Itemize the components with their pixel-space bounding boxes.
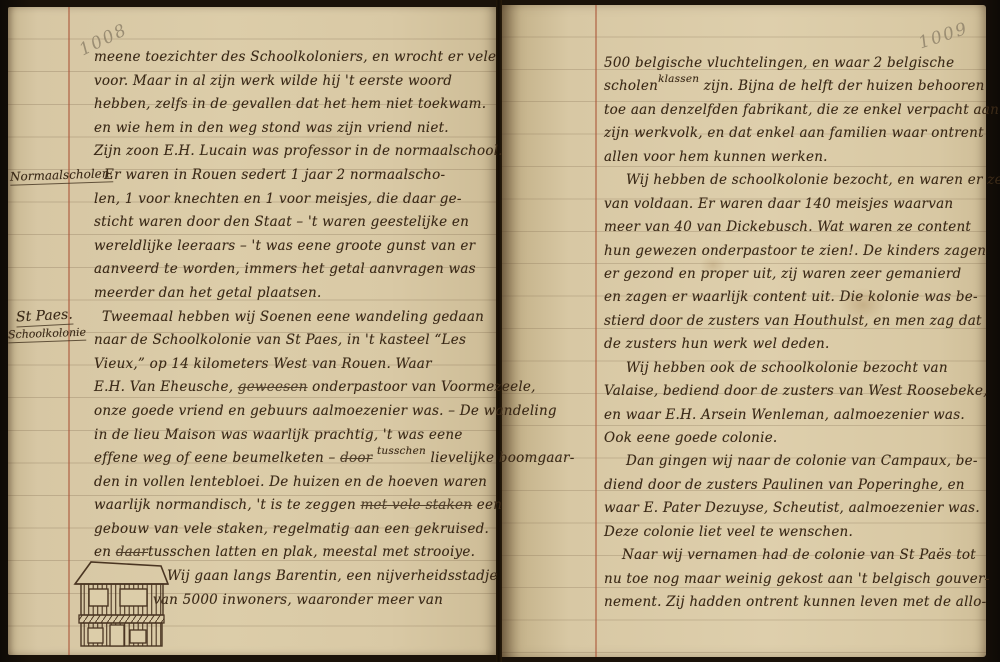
manuscript-line: Wij hebben ook de schoolkolonie bezocht … <box>604 357 982 380</box>
manuscript-line: wereldlijke leeraars – 't was eene groot… <box>94 235 486 259</box>
handwritten-text: meer van 40 van Dickebusch. Wat waren ze… <box>604 219 971 235</box>
handwritten-text: naar de Schoolkolonie van St Paes, in 't… <box>94 332 466 348</box>
margin-note-schoolkolonie: Schoolkolonie <box>8 326 86 342</box>
handwritten-text: de zusters hun werk wel deden. <box>604 336 830 352</box>
handwritten-text: allen voor hem kunnen werken. <box>604 149 828 165</box>
inserted-text: klassen <box>658 73 699 85</box>
manuscript-line: en wie hem in den weg stond was zijn vri… <box>94 117 486 141</box>
handwritten-text: Ook eene goede colonie. <box>604 430 777 446</box>
manuscript-line: scholenklassen zijn. Bijna de helft der … <box>604 75 982 98</box>
manuscript-line: den in vollen lentebloei. De huizen en d… <box>94 471 486 495</box>
book-gutter <box>496 0 502 662</box>
manuscript-line: Zijn zoon E.H. Lucain was professor in d… <box>94 140 486 164</box>
manuscript-line: nu toe nog maar weinig gekost aan 't bel… <box>604 568 982 591</box>
manuscript-line: er gezond en proper uit, zij waren zeer … <box>604 263 982 286</box>
handwritten-text: een <box>472 497 502 513</box>
handwritten-text: meene toezichter des Schoolkoloniers, en… <box>94 49 496 65</box>
manuscript-line: voor. Maar in al zijn werk wilde hij 't … <box>94 70 486 94</box>
manuscript-line: in de lieu Maison was waarlijk prachtig,… <box>94 424 486 448</box>
handwritten-text: hebben, zelfs in de gevallen dat het hem… <box>94 96 486 112</box>
handwritten-text: toe aan denzelfden fabrikant, die ze enk… <box>604 102 999 118</box>
handwritten-text: Deze colonie liet veel te wenschen. <box>604 524 853 540</box>
right-page-margin-rule <box>595 5 597 657</box>
handwritten-text: Wij hebben ook de schoolkolonie bezocht … <box>626 360 948 376</box>
right-page-text: 500 belgische vluchtelingen, en waar 2 b… <box>604 52 982 615</box>
handwritten-text: onze goede vriend en gebuurs aalmoezenie… <box>94 403 557 419</box>
manuscript-line: Er waren in Rouen sedert 1 jaar 2 normaa… <box>94 164 486 188</box>
manuscript-line: waarlijk normandisch, 't is te zeggen me… <box>94 494 486 518</box>
manuscript-line: allen voor hem kunnen werken. <box>604 146 982 169</box>
handwritten-text: nu toe nog maar weinig gekost aan 't bel… <box>604 571 990 587</box>
manuscript-line: aanveerd te worden, immers het getal aan… <box>94 258 486 282</box>
handwritten-text: en waar E.H. Arsein Wenleman, aalmoezeni… <box>604 407 965 423</box>
manuscript-line: toe aan denzelfden fabrikant, die ze enk… <box>604 99 982 122</box>
manuscript-line: Dan gingen wij naar de colonie van Campa… <box>604 450 982 473</box>
handwritten-text: waarlijk normandisch, 't is te zeggen <box>94 497 360 513</box>
handwritten-text: er gezond en proper uit, zij waren zeer … <box>604 266 961 282</box>
left-page-text: meene toezichter des Schoolkoloniers, en… <box>94 46 486 612</box>
manuscript-line: de zusters hun werk wel deden. <box>604 333 982 356</box>
handwritten-text: en wie hem in den weg stond was zijn vri… <box>94 120 449 136</box>
handwritten-text: Dan gingen wij naar de colonie van Campa… <box>626 453 978 469</box>
handwritten-text: aanveerd te worden, immers het getal aan… <box>94 261 476 277</box>
manuscript-line: Naar wij vernamen had de colonie van St … <box>604 544 982 567</box>
handwritten-text: van voldaan. Er waren daar 140 meisjes w… <box>604 196 953 212</box>
handwritten-text: Zijn zoon E.H. Lucain was professor in d… <box>94 143 503 159</box>
handwritten-text: Vieux,” op 14 kilometers West van Rouen.… <box>94 356 432 372</box>
handwritten-text: in de lieu Maison was waarlijk prachtig,… <box>94 427 463 443</box>
handwritten-text: onderpastoor van Voormezeele, <box>308 379 536 395</box>
manuscript-line: Deze colonie liet veel te wenschen. <box>604 521 982 544</box>
handwritten-text: scholen <box>604 78 658 94</box>
handwritten-text: Naar wij vernamen had de colonie van St … <box>622 547 976 563</box>
inserted-text: tusschen <box>377 445 426 457</box>
handwritten-text: zijn. Bijna de helft der huizen behooren <box>699 78 984 94</box>
handwritten-text: den in vollen lentebloei. De huizen en d… <box>94 474 487 490</box>
handwritten-text: wereldlijke leeraars – 't was eene groot… <box>94 238 475 254</box>
handwritten-text: gebouw van vele staken, regelmatig aan e… <box>94 521 489 537</box>
manuscript-line: Valaise, bediend door de zusters van Wes… <box>604 380 982 403</box>
handwritten-text: waar E. Pater Dezuyse, Scheutist, aalmoe… <box>604 500 980 516</box>
manuscript-line: E.H. Van Eheusche, geweesen onderpastoor… <box>94 376 486 400</box>
struck-text: door <box>340 450 372 466</box>
manuscript-line: en zagen er waarlijk content uit. Die ko… <box>604 286 982 309</box>
manuscript-line: zijn werkvolk, en dat enkel aan familien… <box>604 122 982 145</box>
manuscript-line: waar E. Pater Dezuyse, Scheutist, aalmoe… <box>604 497 982 520</box>
handwritten-text: effene weg of eene beumelketen – <box>94 450 340 466</box>
handwritten-text: 500 belgische vluchtelingen, en waar 2 b… <box>604 55 954 71</box>
struck-text: met vele staken <box>360 497 472 513</box>
handwritten-text: len, 1 voor knechten en 1 voor meisjes, … <box>94 191 462 207</box>
manuscript-line: effene weg of eene beumelketen – door tu… <box>94 447 486 471</box>
handwritten-text: voor. Maar in al zijn werk wilde hij 't … <box>94 73 452 89</box>
manuscript-line: naar de Schoolkolonie van St Paes, in 't… <box>94 329 486 353</box>
manuscript-line: meerder dan het getal plaatsen. <box>94 282 486 306</box>
manuscript-spread: 1008 1009 Normaalscholen. St Paes. Schoo… <box>0 0 1000 662</box>
manuscript-line: hun gewezen onderpastoor te zien!. De ki… <box>604 240 982 263</box>
handwritten-text: stierd door de zusters van Houthulst, en… <box>604 313 982 329</box>
handwritten-text: tusschen latten en plak, meestal met str… <box>148 544 475 560</box>
manuscript-line: meene toezichter des Schoolkoloniers, en… <box>94 46 486 70</box>
manuscript-line: hebben, zelfs in de gevallen dat het hem… <box>94 93 486 117</box>
handwritten-text: nement. Zij hadden ontrent kunnen leven … <box>604 594 986 610</box>
manuscript-line: Vieux,” op 14 kilometers West van Rouen.… <box>94 353 486 377</box>
manuscript-line: stierd door de zusters van Houthulst, en… <box>604 310 982 333</box>
manuscript-line: diend door de zusters Paulinen van Poper… <box>604 474 982 497</box>
handwritten-text: zijn werkvolk, en dat enkel aan familien… <box>604 125 984 141</box>
manuscript-line: nement. Zij hadden ontrent kunnen leven … <box>604 591 982 614</box>
handwritten-text: meerder dan het getal plaatsen. <box>94 285 322 301</box>
house-sketch <box>73 557 169 649</box>
handwritten-text: van 5000 inwoners, waaronder meer van <box>153 592 443 608</box>
manuscript-line: gebouw van vele staken, regelmatig aan e… <box>94 518 486 542</box>
handwritten-text: sticht waren door den Staat – 't waren g… <box>94 214 469 230</box>
handwritten-text: Er waren in Rouen sedert 1 jaar 2 normaa… <box>104 167 445 183</box>
handwritten-text: Tweemaal hebben wij Soenen eene wandelin… <box>102 309 484 325</box>
manuscript-line: Ook eene goede colonie. <box>604 427 982 450</box>
handwritten-text: Wij hebben de schoolkolonie bezocht, en … <box>626 172 1000 188</box>
handwritten-text: diend door de zusters Paulinen van Poper… <box>604 477 965 493</box>
manuscript-line: en waar E.H. Arsein Wenleman, aalmoezeni… <box>604 404 982 427</box>
manuscript-line: meer van 40 van Dickebusch. Wat waren ze… <box>604 216 982 239</box>
struck-text: geweesen <box>238 379 308 395</box>
handwritten-text: Valaise, bediend door de zusters van Wes… <box>604 383 988 399</box>
manuscript-line: Tweemaal hebben wij Soenen eene wandelin… <box>94 306 486 330</box>
manuscript-line: sticht waren door den Staat – 't waren g… <box>94 211 486 235</box>
handwritten-text: Wij gaan langs Barentin, een nijverheids… <box>167 568 498 584</box>
manuscript-line: 500 belgische vluchtelingen, en waar 2 b… <box>604 52 982 75</box>
margin-note-st-paes: St Paes. <box>16 307 73 326</box>
manuscript-line: van voldaan. Er waren daar 140 meisjes w… <box>604 193 982 216</box>
handwritten-text: en zagen er waarlijk content uit. Die ko… <box>604 289 978 305</box>
handwritten-text: hun gewezen onderpastoor te zien!. De ki… <box>604 243 986 259</box>
handwritten-text: lievelijke boomgaar- <box>426 450 575 466</box>
handwritten-text: E.H. Van Eheusche, <box>94 379 238 395</box>
manuscript-line: onze goede vriend en gebuurs aalmoezenie… <box>94 400 486 424</box>
manuscript-line: len, 1 voor knechten en 1 voor meisjes, … <box>94 188 486 212</box>
manuscript-line: Wij hebben de schoolkolonie bezocht, en … <box>604 169 982 192</box>
